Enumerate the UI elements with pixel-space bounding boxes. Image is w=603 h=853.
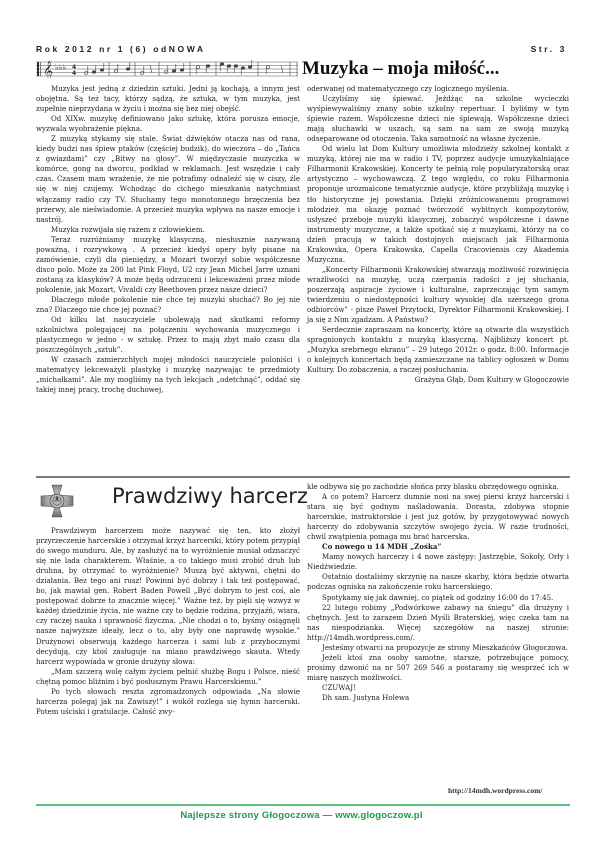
- svg-text:4: 4: [72, 70, 76, 77]
- article-divider: [36, 476, 570, 478]
- paragraph-quote: „Mam szczerą wolę całym życiem pełnić sł…: [36, 667, 300, 687]
- article-title-music: Muzyka – moja miłość...: [302, 58, 499, 80]
- page-number: Str. 3: [531, 44, 567, 54]
- paragraph-continuation: oderwanej od matematycznego czy logiczne…: [307, 84, 569, 94]
- music-article-column-right: oderwanej od matematycznego czy logiczne…: [307, 84, 569, 385]
- paragraph: Od kilku lat nauczyciele ubolewają nad s…: [36, 315, 300, 355]
- section-subheading: Co nowego u 14 MDH „Zośka”: [307, 542, 569, 552]
- paragraph: Po tych słowach reszta zgromadzonych odp…: [36, 687, 300, 717]
- scout-cross-emblem-icon: [40, 484, 74, 518]
- closing-greeting: CZUWAJ!: [307, 683, 569, 693]
- footer-divider: [36, 804, 570, 806]
- running-head: Rok 2012 nr 1 (6) odNOWA Str. 3: [36, 44, 567, 56]
- paragraph: Ostatnio dostaliśmy skrzynię na nasze sk…: [307, 572, 569, 592]
- footer-slogan: Najlepsze strony Głogoczowa — www.glogoc…: [0, 810, 603, 821]
- paragraph: 22 lutego robimy „Podwórkowe zabawy na ś…: [307, 603, 569, 643]
- paragraph: Serdecznie zapraszam na koncerty, które …: [307, 325, 569, 375]
- scout-article-column-right: kle odbywa się po zachodzie słońca przy …: [307, 482, 569, 703]
- paragraph: Uczyliśmy się śpiewać. Jeżdżąc na szkoln…: [307, 94, 569, 144]
- author-signature: Dh sam. Justyna Holewa: [307, 693, 569, 703]
- paragraph: Dlaczego młode pokolenie nie chce tej mu…: [36, 295, 300, 315]
- paragraph: Jeżeli ktoś zna osoby samotne, starsze, …: [307, 653, 569, 683]
- issue-label: Rok 2012 nr 1 (6) odNOWA: [36, 44, 206, 54]
- music-article-column-left: Muzyka jest jedną z dziedzin sztuki. Jed…: [36, 84, 300, 395]
- paragraph: W czasach zamierzchłych mojej młodości n…: [36, 355, 300, 395]
- music-staff-icon: 𝄞 ♭♭♭ 4 4: [36, 58, 298, 78]
- paragraph: Spotykamy się jak dawniej, co piątek od …: [307, 593, 569, 603]
- music-article-header: 𝄞 ♭♭♭ 4 4: [36, 56, 586, 80]
- scout-article-column-left: Prawdziwym harcerzem może nazywać się te…: [36, 526, 300, 717]
- svg-text:𝄞: 𝄞: [43, 61, 53, 78]
- paragraph: A co potem? Harcerz dumnie nosi na swej …: [307, 492, 569, 542]
- paragraph-continuation: kle odbywa się po zachodzie słońca przy …: [307, 482, 569, 492]
- scout-website-link[interactable]: http://14mdh.wordpress.com/: [448, 786, 542, 795]
- author-signature: Grażyna Głąb, Dom Kultury w Głogoczowie: [307, 375, 569, 385]
- article-title-scout: Prawdziwy harcerz: [112, 484, 308, 508]
- paragraph: Muzyka jest jedną z dziedzin sztuki. Jed…: [36, 84, 300, 114]
- paragraph: Od XIXw. muzykę definiowano jako sztukę,…: [36, 114, 300, 134]
- paragraph: Teraz rozróżniamy muzykę klasyczną, nies…: [36, 235, 300, 295]
- paragraph: „Koncerty Filharmonii Krakowskiej stwarz…: [307, 265, 569, 325]
- paragraph: Mamy nowych harcerzy i 4 nowe zastępy: J…: [307, 552, 569, 572]
- paragraph: Jesteśmy otwarci na propozycje ze strony…: [307, 643, 569, 653]
- paragraph: Od wielu lat Dom Kultury umożliwia młodz…: [307, 144, 569, 265]
- svg-text:♭♭♭: ♭♭♭: [55, 63, 67, 72]
- paragraph: Muzyka rozwijała się razem z człowiekiem…: [36, 225, 300, 235]
- paragraph: Z muzyką stykamy się stale. Świat dźwięk…: [36, 134, 300, 224]
- paragraph: Prawdziwym harcerzem może nazywać się te…: [36, 526, 300, 667]
